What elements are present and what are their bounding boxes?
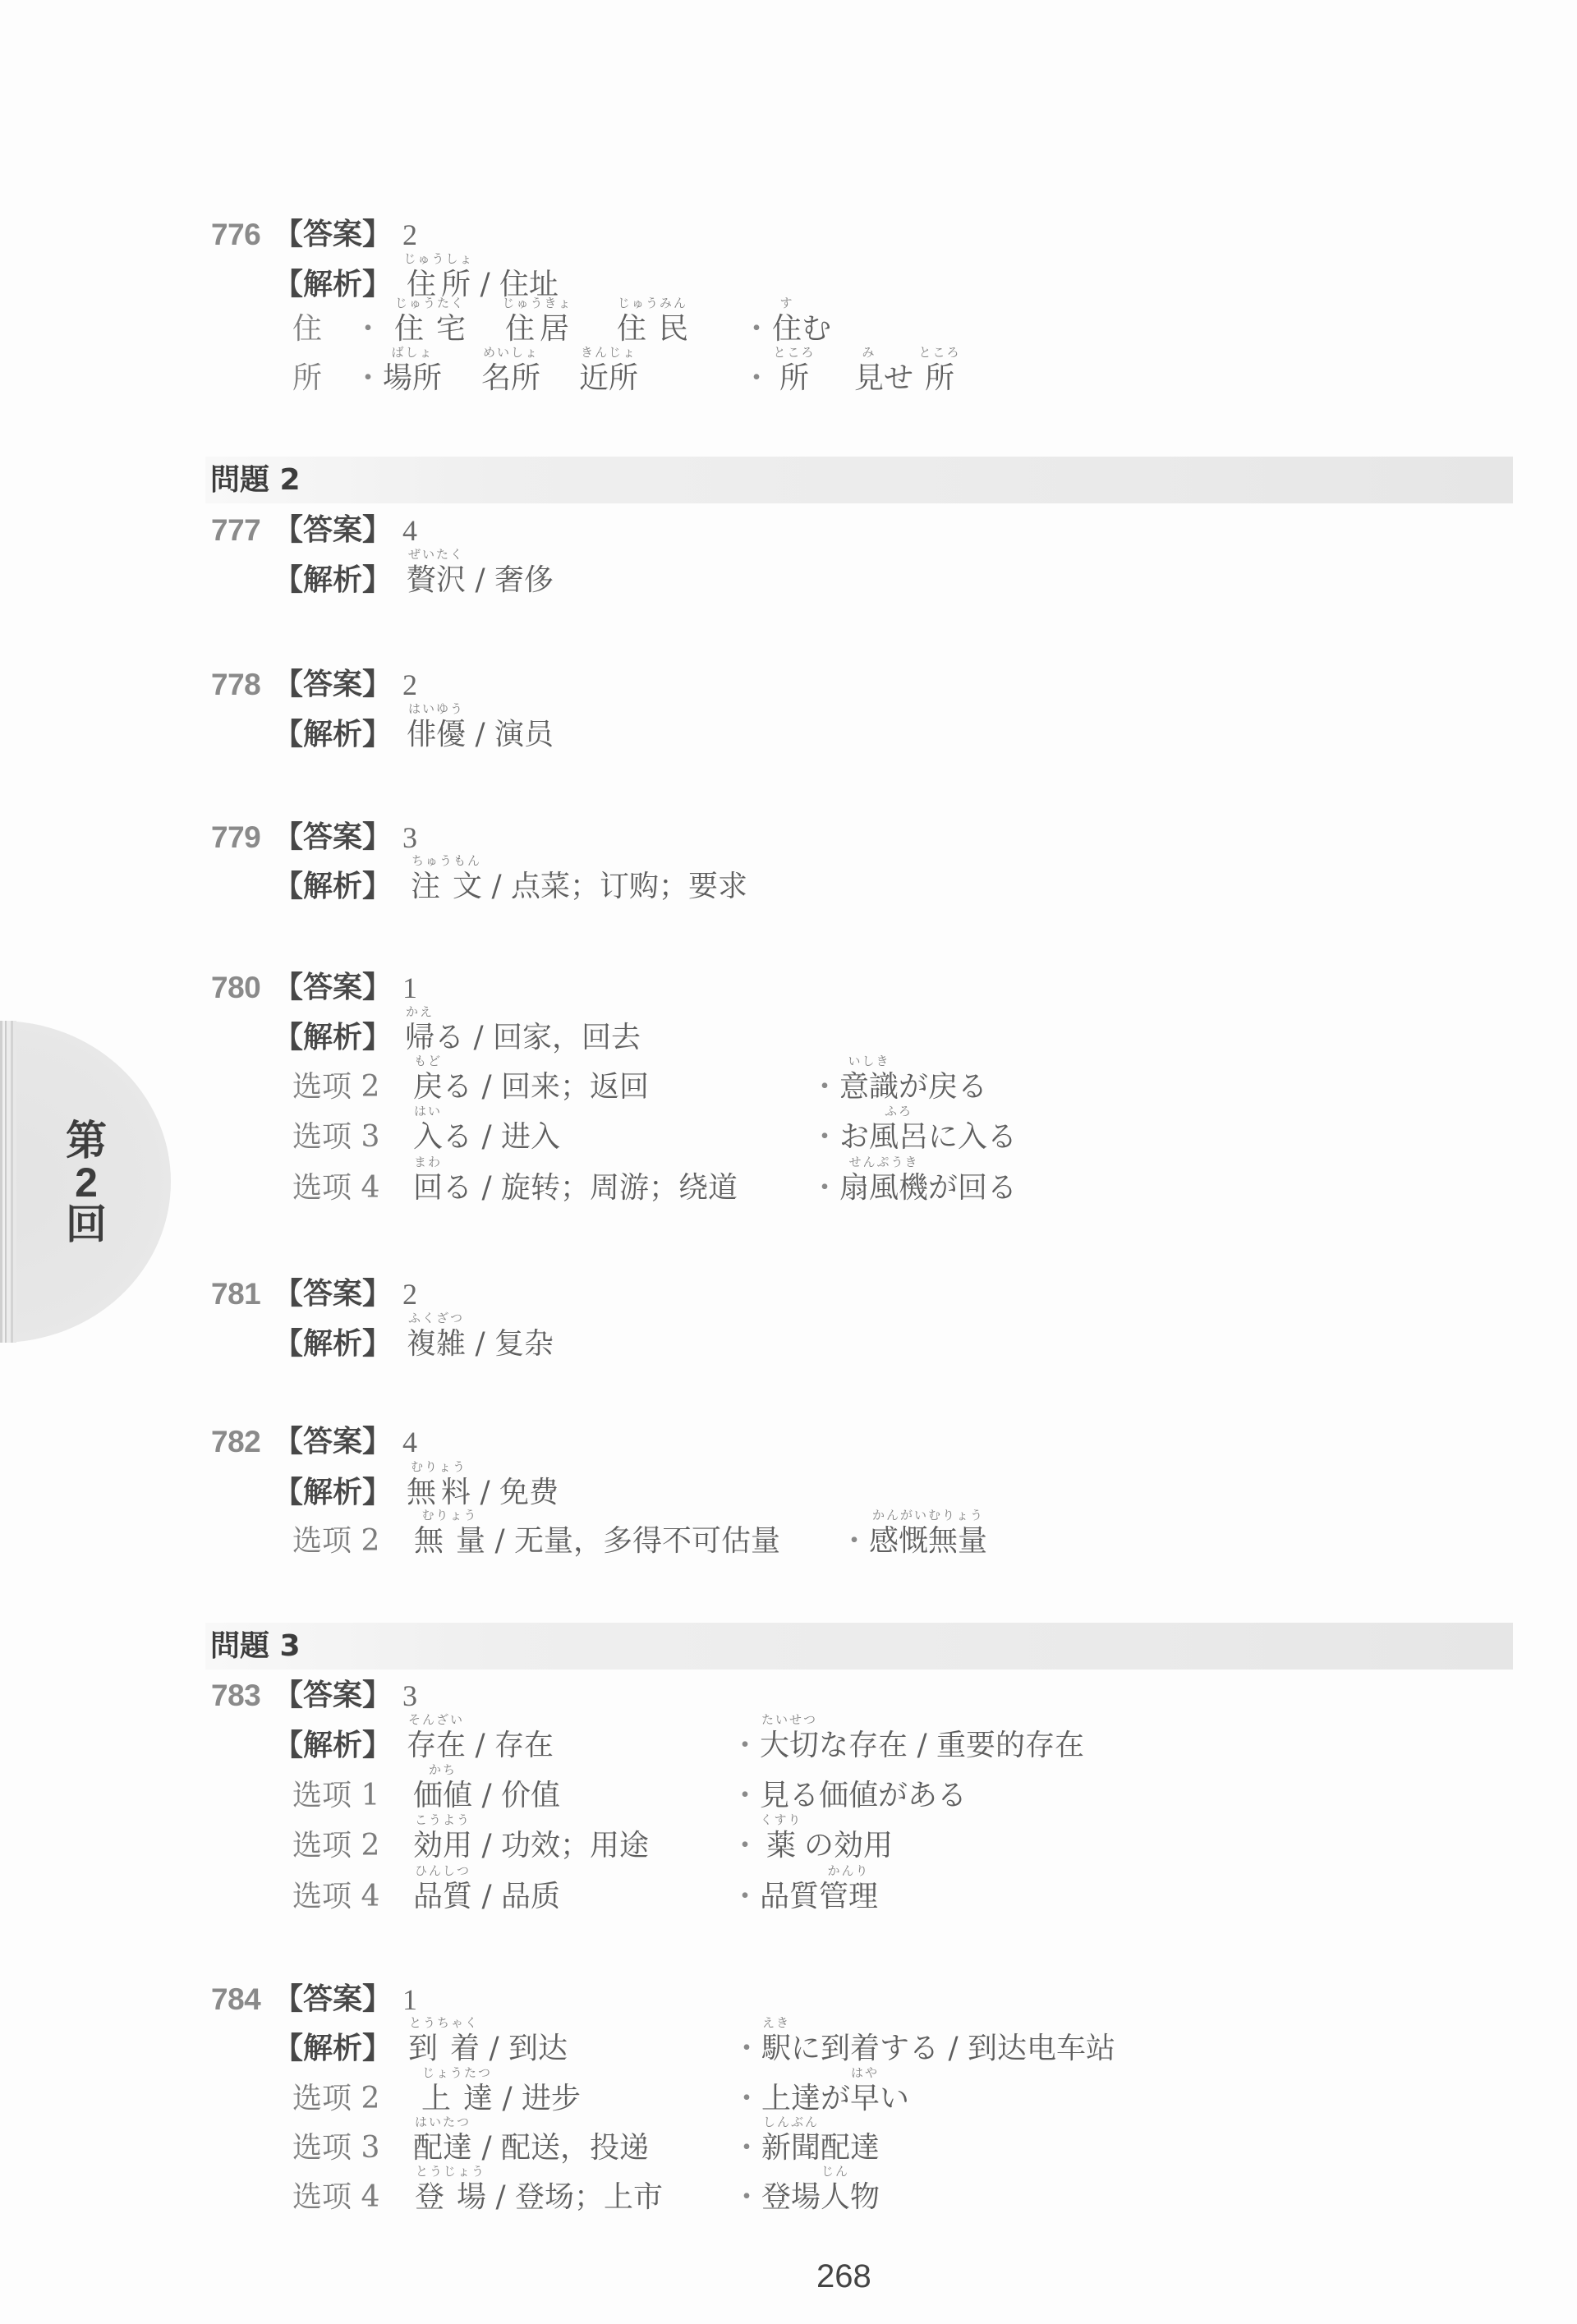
furigana: はい	[414, 1105, 442, 1118]
ruby-word: せんぷうき扇風機	[839, 1172, 928, 1205]
answer-value: 2	[402, 1278, 417, 1311]
furigana: えき	[762, 2016, 790, 2030]
furigana: むりょう	[411, 1460, 467, 1474]
example-sentence: かんがいむりょう感慨無量	[869, 1525, 987, 1558]
ruby-word: す住	[772, 313, 802, 346]
ruby-base: 上達	[421, 2082, 505, 2115]
example-sentence: 上達がはや早い	[761, 2083, 909, 2115]
analysis-label: 【解析】	[274, 564, 392, 597]
ruby-word: ばしょ場所	[383, 362, 442, 395]
example-word: きんじょ近所	[579, 362, 638, 395]
answer-value: 2	[402, 668, 417, 701]
analysis-label: 【解析】	[274, 269, 392, 301]
ruby-base: 所	[925, 361, 954, 395]
furigana: たいせつ	[761, 1713, 817, 1727]
ruby-base: 扇風機	[839, 1171, 928, 1205]
ruby-word: とうじょう登場	[415, 2181, 486, 2214]
ruby-word: きんじょ近所	[579, 362, 638, 395]
ruby-base: 戻	[413, 1070, 443, 1104]
ruby-word: はいたつ配達	[413, 2132, 472, 2165]
text-segment: せ	[884, 361, 913, 395]
ruby-base: 価値	[413, 1779, 472, 1812]
text-segment: の効用	[804, 1829, 893, 1862]
furigana: むりょう	[421, 1509, 477, 1523]
furigana: かえ	[406, 1005, 434, 1019]
kanji-label: 住	[292, 313, 322, 346]
section-title: 問題 2	[210, 457, 301, 503]
example-word: す住む	[772, 313, 831, 346]
furigana: まわ	[414, 1155, 442, 1169]
ruby-base: 人	[821, 2180, 850, 2214]
ruby-word: はいゆう俳優	[407, 719, 466, 751]
ruby-word: かえ帰	[405, 1022, 434, 1054]
furigana: じゅうきょ	[502, 296, 572, 310]
ruby-base: 新聞	[761, 2131, 821, 2165]
ruby-base: 名所	[481, 361, 540, 395]
ruby-base: 早	[850, 2082, 880, 2115]
furigana: こうよう	[415, 1813, 471, 1827]
example-sentence: 見る価値がある	[760, 1780, 967, 1812]
question-number: 780	[211, 971, 260, 1004]
text-segment: / 存在	[466, 1729, 554, 1762]
furigana: いしき	[848, 1054, 890, 1068]
ruby-base: 住居	[505, 312, 574, 346]
text-segment: 見る価値がある	[760, 1779, 967, 1812]
answer-value: 4	[402, 514, 417, 547]
ruby-base: 管理	[819, 1880, 878, 1913]
ruby-word: めいしょ名所	[481, 362, 540, 395]
example-word: じゅうきょ住居	[505, 313, 569, 346]
analysis-content: ふくざつ複雑 / 复杂	[407, 1328, 554, 1361]
text-segment: 登場	[761, 2180, 821, 2214]
option-label: 选项 2	[292, 1071, 379, 1104]
bullet-dot: ・	[730, 1881, 760, 1913]
furigana: ちゅうもん	[411, 854, 481, 868]
answer-value: 1	[402, 971, 417, 1004]
analysis-content: むりょう無料 / 免费	[407, 1477, 559, 1509]
analysis-content: かえ帰る / 回家，回去	[405, 1022, 641, 1054]
ruby-word: たいせつ大切	[760, 1729, 819, 1762]
text-segment: / 点菜；订购；要求	[482, 870, 747, 903]
text-segment: / 无量，多得不可估量	[485, 1524, 780, 1558]
text-segment: / 复杂	[466, 1327, 554, 1361]
option-label: 选项 4	[292, 2181, 379, 2214]
text-segment: 物	[850, 2180, 880, 2214]
answer-label: 【答案】	[274, 1426, 392, 1458]
furigana: かんり	[828, 1864, 870, 1878]
answer-value: 4	[402, 1426, 417, 1458]
ruby-base: 大切	[760, 1729, 819, 1762]
ruby-word: かんり管理	[819, 1881, 878, 1913]
ruby-word: ひんしつ品質	[413, 1881, 472, 1913]
text-segment: る / 回家，回去	[434, 1021, 641, 1054]
bullet-dot: ・	[732, 2032, 761, 2065]
analysis-label: 【解析】	[274, 870, 392, 903]
ruby-base: 入	[413, 1120, 443, 1154]
bullet-dot: ・	[742, 362, 771, 395]
ruby-base: 俳優	[407, 718, 466, 751]
bullet-dot: ・	[810, 1121, 839, 1154]
text-segment: る / 进入	[443, 1120, 560, 1154]
furigana: はや	[851, 2066, 879, 2080]
question-number: 778	[211, 668, 260, 701]
option-label: 选项 4	[292, 1881, 379, 1913]
ruby-word: かち価値	[413, 1780, 472, 1812]
text-segment: / 品质	[472, 1880, 560, 1913]
furigana: せんぷうき	[848, 1155, 918, 1169]
furigana: ひんしつ	[415, 1864, 471, 1878]
option-content: むりょう無量 / 无量，多得不可估量	[414, 1525, 780, 1558]
furigana: じょうたつ	[422, 2066, 492, 2080]
furigana: はいゆう	[408, 702, 464, 716]
option-content: かち価値 / 价值	[413, 1780, 560, 1812]
text-segment: / 配送，投递	[472, 2131, 649, 2165]
answer-label: 【答案】	[274, 668, 392, 701]
ruby-word: ぜいたく贅沢	[407, 564, 466, 597]
option-content: とうじょう登場 / 登场；上市	[415, 2181, 663, 2214]
option-label: 选项 3	[292, 1121, 379, 1154]
option-content: はい入る / 进入	[413, 1121, 560, 1154]
option-label: 选项 1	[292, 1780, 379, 1812]
analysis-label: 【解析】	[274, 1477, 392, 1509]
side-tab-char: 2	[75, 1162, 98, 1204]
furigana: じゅうたく	[395, 296, 465, 310]
option-label: 选项 3	[292, 2132, 379, 2165]
example-sentence: せんぷうき扇風機が回る	[839, 1172, 1017, 1205]
example-sentence: えき駅に到着する / 到达电车站	[761, 2032, 1115, 2065]
section-header-mondai-2: 問題 2	[205, 457, 1513, 503]
ruby-word: まわ回	[413, 1172, 443, 1205]
analysis-content: ぜいたく贅沢 / 奢侈	[407, 564, 554, 597]
furigana: とうじょう	[416, 2165, 485, 2179]
side-tab-char: 第	[66, 1120, 107, 1162]
bullet-dot: ・	[732, 2181, 761, 2214]
ruby-word: むりょう無料	[407, 1477, 471, 1509]
ruby-base: 回	[413, 1171, 443, 1205]
bullet-dot: ・	[839, 1525, 869, 1558]
text-segment: が戻る	[899, 1070, 987, 1104]
analysis-label: 【解析】	[274, 2032, 392, 2065]
furigana: じゅうしょ	[403, 252, 473, 266]
page-number: 268	[816, 2258, 871, 2294]
analysis-content: とうちゃく到着 / 到达	[408, 2032, 568, 2065]
ruby-word: じん人	[821, 2181, 850, 2214]
example-sentence: しんぶん新聞配達	[761, 2132, 880, 2165]
kanji-label: 所	[292, 362, 322, 395]
ruby-word: ふくざつ複雑	[407, 1328, 466, 1361]
analysis-label: 【解析】	[274, 1328, 392, 1361]
ruby-word: いしき意識	[839, 1071, 899, 1104]
furigana: きんじょ	[581, 346, 637, 360]
example-sentence: 品質かんり管理	[760, 1881, 878, 1913]
answer-label: 【答案】	[274, 971, 392, 1004]
analysis-content: はいゆう俳優 / 演员	[407, 719, 554, 751]
answer-value: 3	[402, 821, 417, 854]
ruby-word: はや早	[850, 2083, 880, 2115]
question-number: 784	[211, 1983, 260, 2016]
text-segment: る / 旋转；周游；绕道	[443, 1171, 738, 1205]
option-content: ひんしつ品質 / 品质	[413, 1881, 560, 1913]
ruby-base: 登場	[415, 2180, 499, 2214]
option-label: 选项 2	[292, 1830, 379, 1862]
bullet-dot: ・	[732, 2132, 761, 2165]
example-word: み見せところ所	[854, 362, 954, 395]
ruby-word: ふろ風呂	[869, 1121, 928, 1154]
furigana: ぜいたく	[408, 548, 464, 562]
furigana: ふくざつ	[408, 1311, 464, 1325]
furigana: とうちゃく	[409, 2016, 479, 2030]
chapter-side-tab: 第 2 回	[0, 1021, 171, 1343]
furigana: かんがいむりょう	[872, 1509, 984, 1523]
furigana: ふろ	[885, 1105, 913, 1118]
answer-label: 【答案】	[274, 218, 392, 251]
furigana: じゅうみん	[618, 296, 687, 310]
example-word: じゅうみん住民	[617, 313, 688, 346]
question-number: 776	[211, 218, 260, 251]
analysis-label: 【解析】	[274, 719, 392, 751]
option-label: 选项 2	[292, 1525, 379, 1558]
furigana: もど	[414, 1054, 442, 1068]
ruby-base: 住民	[617, 312, 701, 346]
ruby-base: 駅	[761, 2032, 791, 2065]
analysis-label: 【解析】	[274, 1729, 392, 1762]
option-label: 选项 2	[292, 2083, 379, 2115]
ruby-word: むりょう無量	[414, 1525, 485, 1558]
ruby-base: 存在	[407, 1729, 466, 1762]
ruby-word: とうちゃく到着	[408, 2032, 480, 2065]
furigana: ばしょ	[391, 346, 433, 360]
analysis-content: そんざい存在 / 存在	[407, 1729, 554, 1762]
text-segment: 品質	[760, 1880, 819, 1913]
text-segment: な存在 / 重要的存在	[819, 1729, 1084, 1762]
example-sentence: 登場じん人物	[761, 2181, 880, 2214]
ruby-word: かんがいむりょう感慨無量	[869, 1525, 987, 1558]
text-segment: に到着する / 到达电车站	[791, 2032, 1115, 2065]
ruby-word: しんぶん新聞	[761, 2132, 821, 2165]
ruby-base: 注文	[411, 870, 494, 903]
ruby-word: み見	[854, 362, 884, 395]
answer-value: 3	[402, 1679, 417, 1712]
example-word: じゅうたく住宅	[394, 313, 466, 346]
bullet-dot: ・	[810, 1071, 839, 1104]
option-content: じょうたつ上達 / 进步	[421, 2083, 581, 2115]
ruby-base: 近所	[579, 361, 638, 395]
answer-label: 【答案】	[274, 514, 392, 547]
ruby-word: こうよう効用	[413, 1830, 472, 1862]
answer-value: 2	[402, 218, 417, 251]
ruby-base: 品質	[413, 1880, 472, 1913]
bullet-dot: ・	[730, 1830, 760, 1862]
furigana: しんぶん	[763, 2115, 819, 2129]
ruby-base: 効用	[413, 1829, 472, 1862]
example-sentence: いしき意識が戻る	[839, 1071, 987, 1104]
ruby-word: じゅうたく住宅	[394, 313, 466, 346]
furigana: す	[779, 296, 793, 310]
text-segment: い	[880, 2082, 909, 2115]
example-word: ばしょ場所	[383, 362, 442, 395]
answer-label: 【答案】	[274, 821, 392, 854]
furigana: そんざい	[408, 1713, 464, 1727]
ruby-base: 風呂	[869, 1120, 928, 1154]
ruby-base: 場所	[383, 361, 442, 395]
question-number: 781	[211, 1278, 260, 1311]
ruby-word: もど戻	[413, 1071, 443, 1104]
answer-label: 【答案】	[274, 1983, 392, 2016]
analysis-label: 【解析】	[274, 1022, 392, 1054]
ruby-word: ちゅうもん注文	[411, 870, 482, 903]
ruby-base: 薬	[766, 1829, 796, 1862]
answer-label: 【答案】	[274, 1679, 392, 1712]
text-segment: / 价值	[472, 1779, 560, 1812]
text-segment: / 到达	[480, 2032, 568, 2065]
option-content: はいたつ配達 / 配送，投递	[413, 2132, 649, 2165]
text-segment: る / 回来；返回	[443, 1070, 649, 1104]
ruby-base: 複雑	[407, 1327, 466, 1361]
text-segment: / 进步	[493, 2082, 581, 2115]
ruby-word: じゅうみん住民	[617, 313, 688, 346]
example-word: ところ所	[779, 362, 809, 395]
section-title: 問題 3	[210, 1623, 301, 1670]
furigana: ところ	[773, 346, 815, 360]
ruby-word: じょうたつ上達	[421, 2083, 493, 2115]
ruby-base: 贅沢	[407, 563, 466, 597]
furigana: じん	[821, 2165, 849, 2179]
ruby-word: ところ所	[779, 362, 809, 395]
furigana: はいたつ	[415, 2115, 471, 2129]
furigana: ところ	[919, 346, 961, 360]
ruby-base: 見	[854, 361, 884, 395]
ruby-base: 無料	[407, 1476, 476, 1509]
option-content: こうよう効用 / 功效；用途	[413, 1830, 649, 1862]
text-segment: む	[802, 312, 831, 346]
question-number: 777	[211, 514, 260, 547]
furigana: み	[862, 346, 876, 360]
text-segment: お	[839, 1120, 869, 1154]
ruby-base: 無量	[414, 1524, 498, 1558]
section-header-mondai-3: 問題 3	[205, 1623, 1513, 1670]
furigana: くすり	[760, 1813, 802, 1827]
question-number: 783	[211, 1679, 260, 1712]
analysis-content: ちゅうもん注文 / 点菜；订购；要求	[411, 870, 747, 903]
text-segment: に入る	[928, 1120, 1017, 1154]
answer-label: 【答案】	[274, 1278, 392, 1311]
furigana: かち	[429, 1763, 457, 1777]
option-label: 选项 4	[292, 1172, 379, 1205]
ruby-base: 到着	[408, 2032, 492, 2065]
text-segment: が回る	[928, 1171, 1017, 1205]
ruby-word: くすり薬	[766, 1830, 796, 1862]
furigana: めいしょ	[483, 346, 539, 360]
text-segment: 配達	[821, 2131, 880, 2165]
bullet-dot: ・	[730, 1729, 760, 1762]
ruby-base: 住宅	[394, 312, 478, 346]
question-number: 779	[211, 821, 260, 854]
ruby-base: 所	[779, 361, 809, 395]
ruby-base: 感慨無量	[869, 1524, 987, 1558]
chapter-side-tab-label: 第 2 回	[0, 1120, 172, 1246]
text-segment: / 奢侈	[466, 563, 554, 597]
book-page-edge	[0, 1021, 16, 1343]
ruby-word: はい入	[413, 1121, 443, 1154]
ruby-base: 帰	[405, 1021, 434, 1054]
example-sentence: おふろ風呂に入る	[839, 1121, 1017, 1154]
ruby-word: ところ所	[925, 362, 954, 395]
text-segment: / 登场；上市	[486, 2180, 663, 2214]
ruby-base: 配達	[413, 2131, 472, 2165]
bullet-dot: ・	[353, 313, 383, 346]
ruby-word: えき駅	[761, 2032, 791, 2065]
option-content: まわ回る / 旋转；周游；绕道	[413, 1172, 738, 1205]
example-word: めいしょ名所	[481, 362, 540, 395]
answer-value: 1	[402, 1983, 417, 2016]
text-segment: 上達が	[761, 2082, 850, 2115]
side-tab-char: 回	[66, 1204, 107, 1246]
ruby-base: 意識	[839, 1070, 899, 1104]
option-content: もど戻る / 回来；返回	[413, 1071, 649, 1104]
bullet-dot: ・	[732, 2083, 761, 2115]
ruby-base: 住	[772, 312, 802, 346]
text-segment: / 免费	[471, 1476, 559, 1509]
bullet-dot: ・	[742, 313, 771, 346]
bullet-dot: ・	[810, 1172, 839, 1205]
question-number: 782	[211, 1426, 260, 1458]
example-sentence: くすり薬の効用	[766, 1830, 893, 1862]
bullet-dot: ・	[730, 1780, 760, 1812]
bullet-dot: ・	[353, 362, 383, 395]
text-segment: / 演员	[466, 718, 554, 751]
example-sentence: たいせつ大切な存在 / 重要的存在	[760, 1729, 1084, 1762]
ruby-word: じゅうきょ住居	[505, 313, 569, 346]
text-segment: / 功效；用途	[472, 1829, 649, 1862]
ruby-word: そんざい存在	[407, 1729, 466, 1762]
